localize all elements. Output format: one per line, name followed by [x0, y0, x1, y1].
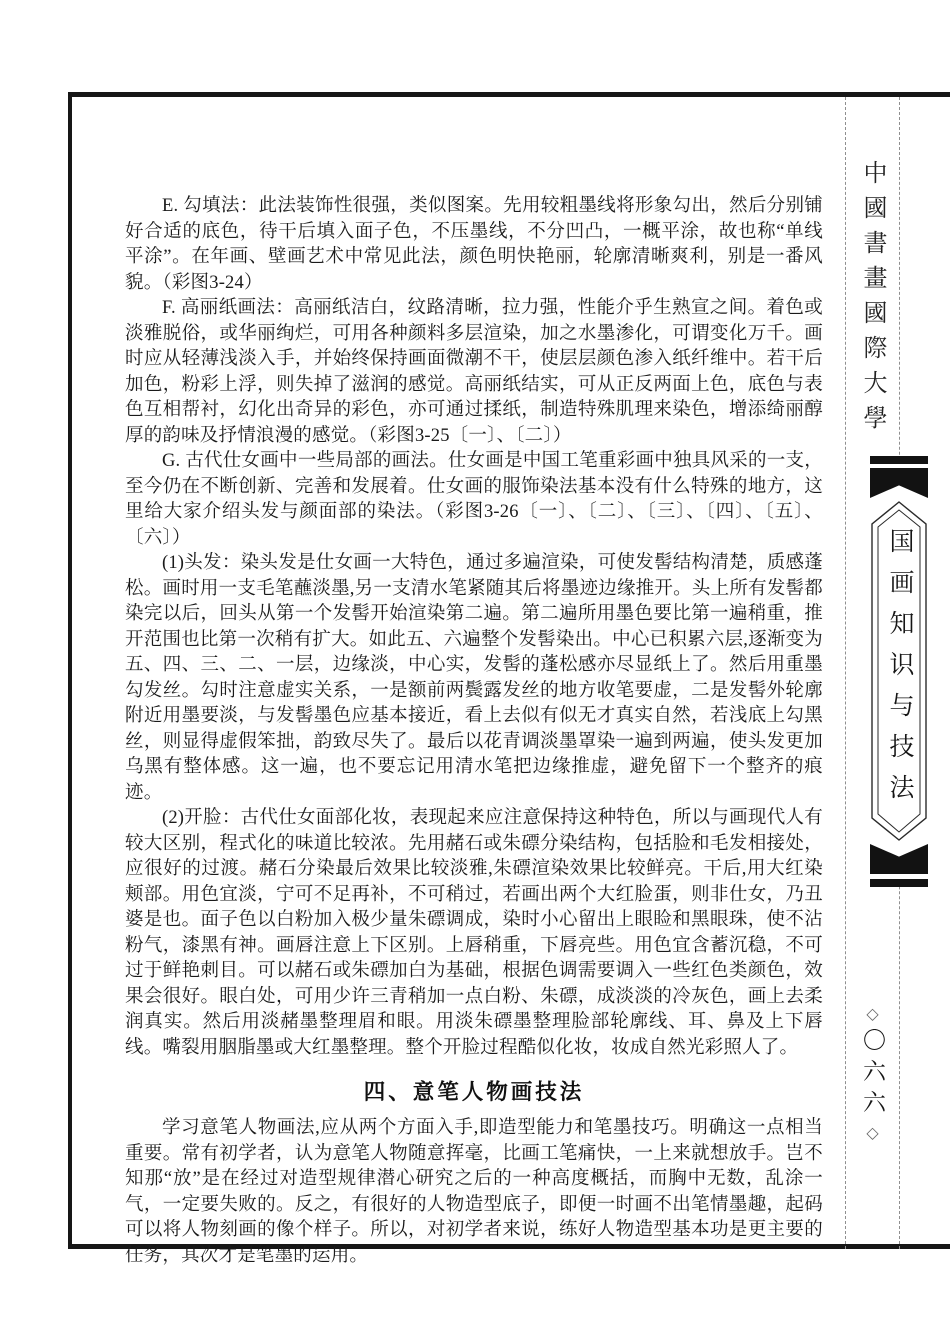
paragraph-face-technique: (2)开脸：古代仕女面部化妆，表现起来应注意保持这种特色，所以与画现代人有较大区…: [125, 806, 823, 1061]
ribbon-top-bar: [870, 456, 928, 464]
institution-vertical-title: 中國書畫國際大學: [845, 152, 900, 448]
diamond-ornament-top-icon: ◇: [866, 1007, 878, 1023]
paragraph-shinvhua-intro: G. 古代仕女画中一些局部的画法。仕女画是中国工笔重彩画中独具风采的一支，至今仍…: [125, 449, 823, 551]
ribbon-hexagon-panel: 国画知识与技法: [870, 500, 928, 842]
ribbon-bottom-bar: [870, 879, 928, 887]
paragraph-hair-technique: (1)头发：染头发是仕女画一大特色，通过多遍渲染，可使发髻结构清楚，质感蓬松。画…: [125, 551, 823, 806]
book-title-vertical: 国画知识与技法: [870, 500, 928, 842]
section-heading: 四、意笔人物画技法: [125, 1075, 823, 1106]
main-text-column: E. 勾填法：此法装饰性很强，类似图案。先用较粗墨线将形象勾出，然后分别铺好合适…: [125, 194, 823, 1269]
page-number-block: ◇ 〇六六 ◇: [845, 1002, 900, 1147]
book-title-ribbon: 国画知识与技法: [870, 456, 928, 887]
paragraph-gou-tian-fa: E. 勾填法：此法装饰性很强，类似图案。先用较粗墨线将形象勾出，然后分别铺好合适…: [125, 194, 823, 296]
page-number-vertical: 〇六六: [856, 1028, 889, 1121]
ribbon-top-banner: [870, 468, 928, 498]
paragraph-yibi-intro: 学习意笔人物画法,应从两个方面入手,即造型能力和笔墨技巧。明确这一点相当重要。常…: [125, 1116, 823, 1269]
paragraph-gaoli-paper: F. 高丽纸画法：高丽纸洁白，纹路清晰，拉力强，性能介乎生熟宣之间。着色或淡雅脱…: [125, 296, 823, 449]
ribbon-bottom-banner: [870, 844, 928, 874]
diamond-ornament-bottom-icon: ◇: [866, 1126, 878, 1142]
